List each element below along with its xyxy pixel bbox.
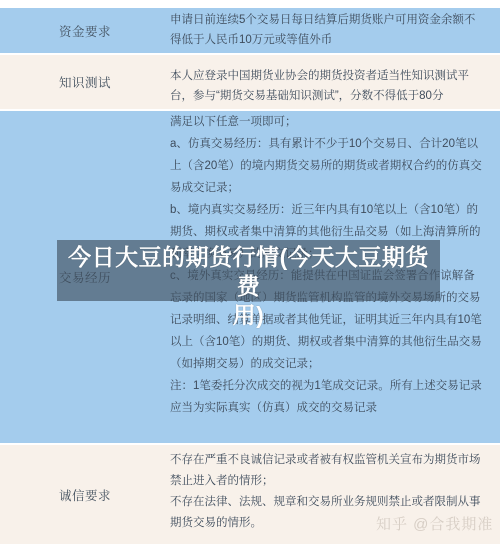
content-line: （如掉期交易）的成交记录； <box>170 353 482 375</box>
row-label: 资金要求 <box>0 8 170 53</box>
row-content: 申请日前连续5个交易日每日结算后期货账户可用资金余额不 得低于人民币10万元或等… <box>170 8 482 53</box>
content-line: 注：1笔委托分次成交的视为1笔成交记录。所有上述交易记录 <box>170 375 482 397</box>
content-line: 本人应登录中国期货业协会的期货投资者适当性知识测试平 <box>170 66 482 86</box>
content-line: 上（含20笔）的境内期货交易所的期货或者期权合约的仿真交 <box>170 155 482 177</box>
content-line: 以上（含10笔）的期货、期权或者集中清算的其他衍生品交易 <box>170 331 482 353</box>
article-title-overlay: 今日大豆的期货行情(今天大豆期货费 用) <box>57 240 440 301</box>
row-content: 本人应登录中国期货业协会的期货投资者适当性知识测试平 台，参与“期货交易基础知识… <box>170 55 482 109</box>
content-line: b、境内真实交易经历：近三年内具有10笔以上（含10笔）的 <box>170 199 482 221</box>
article-title-line1: 今日大豆的期货行情(今天大豆期货费 <box>57 243 440 301</box>
content-line: 不存在法律、法规、规章和交易所业务规则禁止或者限制从事 <box>170 492 482 513</box>
row-label: 知识测试 <box>0 55 170 109</box>
page: 资金要求 申请日前连续5个交易日每日结算后期货账户可用资金余额不 得低于人民币1… <box>0 0 500 548</box>
table-row-knowledge-test: 知识测试 本人应登录中国期货业协会的期货投资者适当性知识测试平 台，参与“期货交… <box>0 55 500 111</box>
zhihu-watermark: 知乎 @合我期准 <box>376 513 493 534</box>
content-line: 易成交记录； <box>170 177 482 199</box>
content-line: 得低于人民币10万元或等值外币 <box>170 30 482 50</box>
content-line: a、仿真交易经历：具有累计不少于10个交易日、合计20笔以 <box>170 133 482 155</box>
content-line: 申请日前连续5个交易日每日结算后期货账户可用资金余额不 <box>170 10 482 30</box>
content-line: 满足以下任意一项即可； <box>170 111 482 133</box>
content-line: 禁止进入者的情形； <box>170 471 482 492</box>
content-line: 台，参与“期货交易基础知识测试”，分数不得低于80分 <box>170 86 482 106</box>
content-line: 应当为实际真实（仿真）成交的交易记录 <box>170 397 482 419</box>
table-row-capital-requirement: 资金要求 申请日前连续5个交易日每日结算后期货账户可用资金余额不 得低于人民币1… <box>0 8 500 55</box>
article-title-line2: 用) <box>57 301 440 330</box>
content-line: 不存在严重不良诚信记录或者被有权监管机关宣布为期货市场 <box>170 450 482 471</box>
row-label: 诚信要求 <box>0 445 170 544</box>
